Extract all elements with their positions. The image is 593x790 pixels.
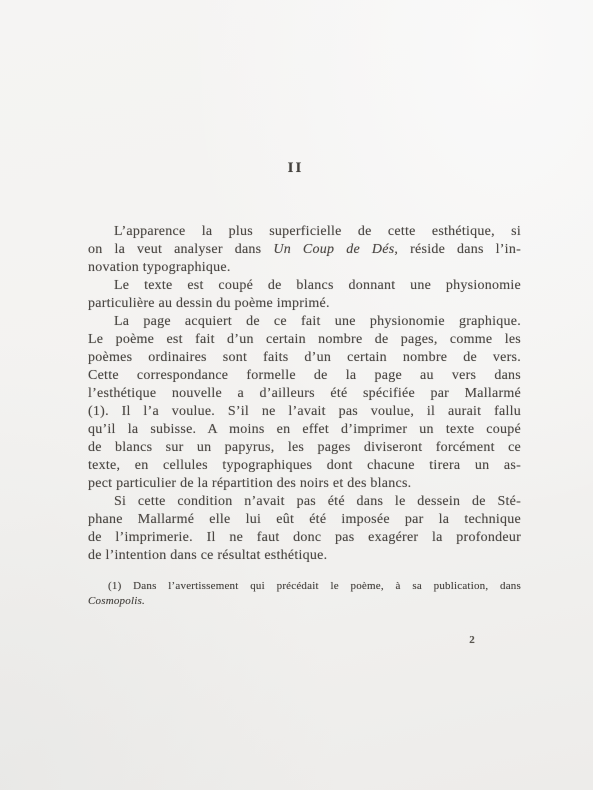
text-line: Cosmopolis. xyxy=(88,594,521,609)
text-segment: poèmes ordinaires sont faits d’un certai… xyxy=(88,350,521,365)
text-segment: l’esthétique nouvelle a d’ailleurs été s… xyxy=(88,386,521,401)
text-line: novation typographique. xyxy=(88,259,521,277)
text-line: de l’intention dans ce résultat esthétiq… xyxy=(88,547,521,565)
text-line: particulière au dessin du poème imprimé. xyxy=(88,295,521,313)
text-segment: novation typographique. xyxy=(88,260,231,275)
text-line: texte, en cellules typographiques dont c… xyxy=(88,457,521,475)
text-segment: (1). Il l’a voulue. S’il ne l’avait pas … xyxy=(88,404,521,419)
text-segment: qu’il la subisse. A moins en effet d’imp… xyxy=(88,422,521,437)
text-line: de blancs sur un papyrus, les pages divi… xyxy=(88,439,521,457)
text-line: l’esthétique nouvelle a d’ailleurs été s… xyxy=(88,385,521,403)
footnote: (1) Dans l’avertissement qui précédait l… xyxy=(88,579,521,609)
text-line: (1) Dans l’avertissement qui précédait l… xyxy=(88,579,521,594)
text-line: Le texte est coupé de blancs donnant une… xyxy=(88,277,521,295)
paragraph: Le texte est coupé de blancs donnant une… xyxy=(88,277,521,313)
text-line: on la veut analyser dans Un Coup de Dés,… xyxy=(88,241,521,259)
text-segment: de blancs sur un papyrus, les pages divi… xyxy=(88,440,521,455)
text-line: de l’imprimerie. Il ne faut donc pas exa… xyxy=(88,529,521,547)
text-segment: Le texte est coupé de blancs donnant une… xyxy=(114,278,521,293)
text-segment: (1) Dans l’avertissement qui précédait l… xyxy=(108,580,521,592)
text-segment: de l’intention dans ce résultat esthétiq… xyxy=(88,548,327,563)
paragraph: La page acquiert de ce fait une physiono… xyxy=(88,313,521,493)
italic-text-segment: Cosmopolis. xyxy=(88,595,145,607)
text-segment: La page acquiert de ce fait une physiono… xyxy=(114,314,521,329)
text-segment: Si cette condition n’avait pas été dans … xyxy=(114,494,521,509)
text-line: poèmes ordinaires sont faits d’un certai… xyxy=(88,349,521,367)
text-line: Le poème est fait d’un certain nombre de… xyxy=(88,331,521,349)
text-segment: L’apparence la plus superficielle de cet… xyxy=(114,224,521,239)
chapter-heading: II xyxy=(79,160,512,177)
text-segment: phane Mallarmé elle lui eût été imposée … xyxy=(88,512,521,527)
scanned-book-page: II L’apparence la plus superficielle de … xyxy=(0,0,593,790)
text-segment: de l’imprimerie. Il ne faut donc pas exa… xyxy=(88,530,521,545)
text-segment: , réside dans l’in- xyxy=(394,242,521,257)
text-segment: Le poème est fait d’un certain nombre de… xyxy=(88,332,521,347)
text-line: Si cette condition n’avait pas été dans … xyxy=(88,493,521,511)
text-line: qu’il la subisse. A moins en effet d’imp… xyxy=(88,421,521,439)
text-segment: on la veut analyser dans xyxy=(88,242,273,257)
text-line: La page acquiert de ce fait une physiono… xyxy=(88,313,521,331)
text-segment: Cette correspondance formelle de la page… xyxy=(88,368,521,383)
paragraph: L’apparence la plus superficielle de cet… xyxy=(88,223,521,277)
text-line: Cette correspondance formelle de la page… xyxy=(88,367,521,385)
text-line: (1). Il l’a voulue. S’il ne l’avait pas … xyxy=(88,403,521,421)
text-segment: texte, en cellules typographiques dont c… xyxy=(88,458,521,473)
text-segment: particulière au dessin du poème imprimé. xyxy=(88,296,330,311)
body-text: L’apparence la plus superficielle de cet… xyxy=(88,223,521,565)
paragraph: Si cette condition n’avait pas été dans … xyxy=(88,493,521,565)
text-line: L’apparence la plus superficielle de cet… xyxy=(88,223,521,241)
italic-text-segment: Un Coup de Dés xyxy=(273,242,394,257)
text-line: phane Mallarmé elle lui eût été imposée … xyxy=(88,511,521,529)
page-number: 2 xyxy=(462,634,482,646)
text-line: pect particulier de la répartition des n… xyxy=(88,475,521,493)
text-segment: pect particulier de la répartition des n… xyxy=(88,476,411,491)
